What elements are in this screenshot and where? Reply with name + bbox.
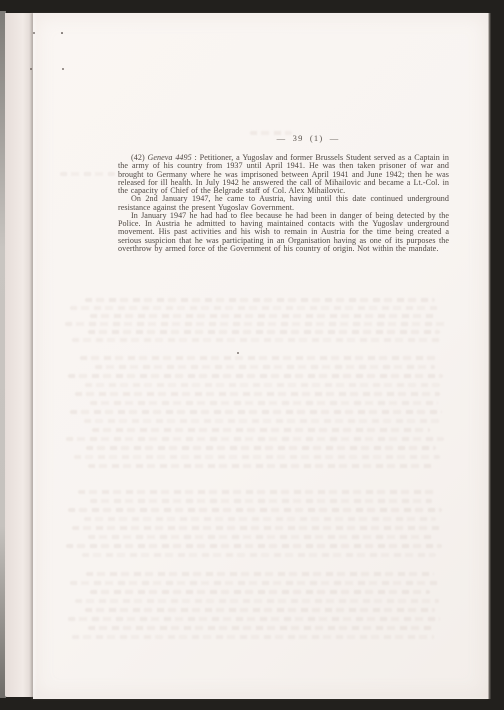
ghost-text-row (78, 490, 436, 494)
ghost-text-row (74, 455, 440, 459)
ghost-text-row (85, 383, 440, 387)
ghost-text-row (68, 617, 440, 621)
ghost-text-row (70, 581, 440, 585)
ghost-text-row (72, 526, 440, 530)
ghost-text-row (75, 599, 439, 603)
ghost-text-row (70, 410, 442, 414)
page-number: — 39 (1) — (277, 133, 340, 143)
paragraph-austria: On 2nd January 1947, he came to Austria,… (118, 195, 449, 212)
ghost-text-row (88, 626, 432, 630)
scan-background: { "document": { "page_number_header": "—… (0, 0, 504, 710)
ghost-text-row (60, 172, 115, 176)
dust-speck (62, 68, 64, 70)
ghost-text-row (85, 298, 435, 302)
ghost-text-row (92, 428, 430, 432)
ghost-text-row (90, 314, 435, 318)
ghost-text-row (65, 322, 445, 326)
ghost-text-row (88, 535, 434, 539)
ghost-text-row (90, 590, 430, 594)
dust-speck (61, 32, 63, 34)
body-text: (42) Geneva 4495 : Petitioner, a Yugosla… (118, 154, 449, 253)
ghost-text-row (90, 401, 438, 405)
ghost-text-row (95, 365, 435, 369)
ghost-text-row (68, 508, 442, 512)
ghost-text-row (75, 392, 440, 396)
ghost-text-row (86, 446, 436, 450)
underlying-page-edge (5, 13, 35, 697)
ghost-text-row (85, 608, 435, 612)
ghost-text-row (68, 374, 443, 378)
paragraph-decision: In January 1947 he had had to flee becau… (118, 212, 449, 253)
ghost-text-row (72, 635, 434, 639)
ghost-text-row (82, 553, 436, 557)
ghost-text-row (90, 499, 432, 503)
ghost-text-row (66, 544, 442, 548)
ghost-text-row (66, 437, 444, 441)
dust-speck (33, 32, 35, 34)
paragraph-case-42: (42) Geneva 4495 : Petitioner, a Yugosla… (118, 154, 449, 195)
ghost-text-row (88, 464, 432, 468)
ghost-text-row (80, 356, 440, 360)
dust-speck (30, 68, 32, 70)
ghost-text-row (72, 338, 440, 342)
ghost-text-row (86, 572, 434, 576)
ghost-text-row (88, 330, 440, 334)
ghost-text-row (84, 517, 436, 521)
ghost-text-row (84, 419, 440, 423)
document-page: — 39 (1) — (42) Geneva 4495 : Petitioner… (33, 13, 489, 699)
dust-speck (237, 352, 239, 354)
ghost-text-row (70, 306, 440, 310)
